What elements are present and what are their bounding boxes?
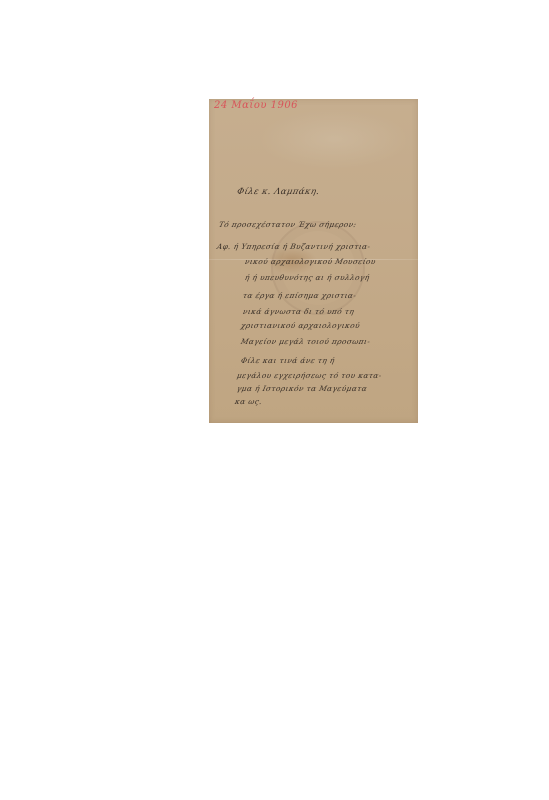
letter-line: τα έργα ή επίσημα χριστια- [242, 291, 357, 300]
letter-line: Τό προσεχέστατον Έχω σήμερον: [218, 220, 357, 229]
letter-line: Αφ. ή Υπηρεσία ή Βυζαντινή χριστια- [216, 242, 371, 251]
letter-paper: 24 Μαΐου 1906 Φίλε κ. Λαμπάκη. Τό προσεχ… [209, 99, 418, 423]
page-background: 24 Μαΐου 1906 Φίλε κ. Λαμπάκη. Τό προσεχ… [0, 0, 549, 800]
letter-line: νικά άγνωστα δι τό υπό τη [242, 307, 355, 316]
letter-line: Φίλε και τινά άνε τη ή [240, 356, 336, 365]
paper-wrinkle [259, 109, 409, 169]
letter-line: ή ή υπευθυνότης αι ή συλλογή [244, 273, 371, 282]
salutation: Φίλε κ. Λαμπάκη. [236, 187, 321, 197]
date-annotation: 24 Μαΐου 1906 [214, 100, 298, 111]
letter-line: μεγάλου εγχειρήσεως τό του κατα- [236, 371, 383, 380]
letter-line: χριστιανικού αρχαιολογικού [240, 321, 361, 330]
letter-line: κα ως. [234, 397, 263, 406]
letter-line: Μαγείον μεγάλ τοιού προσωπι- [240, 337, 371, 346]
letter-line: γμα ή Ιστορικόν τα Μαγεύματα [236, 384, 368, 393]
letter-line: νικού αρχαιολογικού Μουσείου [244, 257, 377, 266]
